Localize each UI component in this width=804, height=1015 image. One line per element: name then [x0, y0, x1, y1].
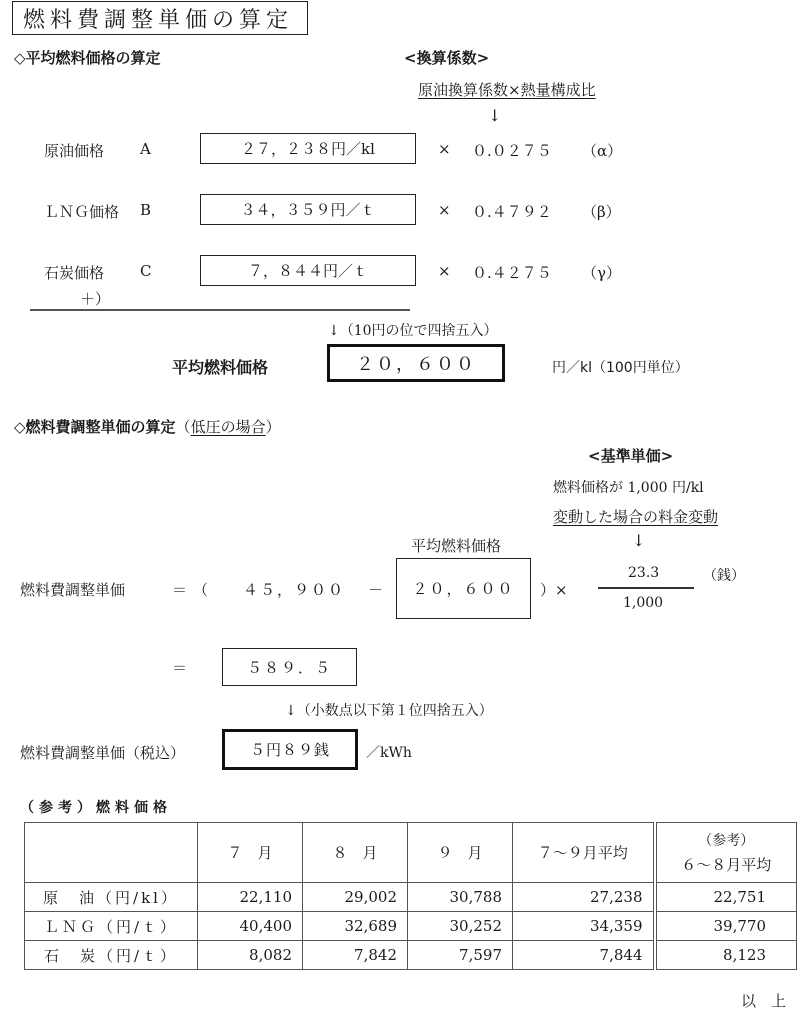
- final-value-box: ５円８９銭: [222, 729, 358, 770]
- coal-price-box: ７，８４４円／ｔ: [200, 255, 416, 286]
- sum-line: [30, 309, 410, 311]
- coef-header: <換算係数>: [404, 47, 489, 68]
- coal-label: 石炭価格: [44, 262, 104, 283]
- coal-price-value: ７，８４４円／ｔ: [248, 260, 368, 281]
- beta-symbol: （β）: [582, 201, 621, 222]
- fraction-numerator: 23.3: [628, 565, 659, 581]
- final-unit: ／kWh: [366, 742, 412, 762]
- adjustment-unit-label: 燃料費調整単価: [20, 579, 125, 600]
- lng-letter: B: [140, 201, 151, 219]
- avg-price-value: ２０，６００: [412, 578, 514, 599]
- coal-letter: C: [140, 262, 151, 280]
- rounding-note: ↓（10円の位で四捨五入）: [328, 320, 498, 340]
- section2-note-open: （: [176, 418, 191, 436]
- cell: 8,123: [655, 941, 797, 970]
- final-unit-label: 燃料費調整単価（税込）: [20, 742, 185, 763]
- fraction-denominator: 1,000: [623, 595, 663, 611]
- cell: 7,842: [303, 941, 408, 970]
- rounding-note-2: ↓（小数点以下第１位四捨五入）: [285, 700, 493, 720]
- cell: 30,788: [408, 883, 513, 912]
- crude-price-box: ２７，２３８円／kl: [200, 133, 416, 164]
- times-sign: ×: [438, 262, 451, 280]
- cell: 30,252: [408, 912, 513, 941]
- equals-open-paren: ＝（: [172, 579, 214, 600]
- plus-sign: ＋）: [80, 288, 110, 309]
- cell: 34,359: [513, 912, 655, 941]
- close-paren-times: ）×: [540, 579, 568, 600]
- section2-heading: ◇燃料費調整単価の算定（低圧の場合）: [14, 416, 281, 437]
- section2-note: 低圧の場合: [191, 418, 266, 436]
- row-label: 原 油（円/kl）: [25, 883, 198, 912]
- reference-table: ７ 月 ８ 月 ９ 月 ７～９月平均 （参考） ６～８月平均 原 油（円/kl）…: [24, 822, 797, 970]
- header-august: ８ 月: [303, 823, 408, 883]
- page-title-text: 燃料費調整単価の算定: [23, 3, 293, 34]
- lng-price-value: ３４，３５９円／ｔ: [240, 199, 375, 220]
- lng-coef: ０.４７９２: [472, 201, 552, 222]
- cell: 40,400: [198, 912, 303, 941]
- cell: 7,844: [513, 941, 655, 970]
- lng-price-box: ３４，３５９円／ｔ: [200, 194, 416, 225]
- row-label: 石 炭（円/ｔ）: [25, 941, 198, 970]
- base-line2: 変動した場合の料金変動: [553, 506, 718, 527]
- gamma-symbol: （γ）: [582, 262, 621, 283]
- down-arrow-icon: ↓: [488, 106, 501, 125]
- down-arrow-icon: ↓: [632, 531, 645, 550]
- table-header-row: ７ 月 ８ 月 ９ 月 ７～９月平均 （参考） ６～８月平均: [25, 823, 797, 883]
- closing-text: 以 上: [741, 990, 786, 1011]
- base-price-value: ４５，９００: [243, 579, 345, 600]
- cell: 22,110: [198, 883, 303, 912]
- header-ref-line1: （参考）: [667, 829, 787, 853]
- table-row: 原 油（円/kl） 22,110 29,002 30,788 27,238 22…: [25, 883, 797, 912]
- cell: 22,751: [655, 883, 797, 912]
- coal-coef: ０.４２７５: [472, 262, 552, 283]
- header-jul-sep-avg: ７～９月平均: [513, 823, 655, 883]
- cell: 32,689: [303, 912, 408, 941]
- cell: 7,597: [408, 941, 513, 970]
- cell: 8,082: [198, 941, 303, 970]
- fraction-line: [598, 587, 694, 589]
- table-row: 石 炭（円/ｔ） 8,082 7,842 7,597 7,844 8,123: [25, 941, 797, 970]
- base-unit-header: <基準単価>: [588, 445, 673, 466]
- lng-label: ＬＮＧ価格: [44, 201, 119, 222]
- header-jun-aug-avg: （参考） ６～８月平均: [655, 823, 797, 883]
- crude-coef: ０.０２７５: [472, 140, 552, 161]
- header-blank: [25, 823, 198, 883]
- cell: 29,002: [303, 883, 408, 912]
- avg-price-box: ２０，６００: [396, 558, 531, 619]
- avg-fuel-price-unit: 円／kl（100円単位）: [552, 357, 689, 377]
- crude-letter: A: [140, 140, 151, 158]
- section2-heading-text: ◇燃料費調整単価の算定: [14, 418, 176, 436]
- avg-fuel-price-value: ２０，６００: [356, 350, 476, 376]
- cell: 39,770: [655, 912, 797, 941]
- alpha-symbol: （α）: [582, 140, 622, 161]
- header-september: ９ 月: [408, 823, 513, 883]
- avg-price-caption: 平均燃料価格: [411, 535, 501, 556]
- result-box: ５８９．５: [222, 648, 357, 686]
- crude-label: 原油価格: [44, 140, 104, 161]
- sen-unit: （銭）: [703, 565, 745, 585]
- equals-sign: ＝: [172, 657, 187, 678]
- times-sign: ×: [438, 140, 451, 158]
- header-july: ７ 月: [198, 823, 303, 883]
- section2-note-close: ）: [266, 418, 281, 436]
- row-label: ＬＮＧ（円/ｔ）: [25, 912, 198, 941]
- minus-sign: －: [368, 579, 383, 600]
- base-line1: 燃料価格が 1,000 円/kl: [553, 477, 704, 497]
- cell: 27,238: [513, 883, 655, 912]
- times-sign: ×: [438, 201, 451, 219]
- coef-formula: 原油換算係数×熱量構成比: [418, 79, 596, 100]
- avg-fuel-price-box: ２０，６００: [327, 344, 505, 382]
- reference-heading: （参考）燃料価格: [20, 797, 172, 817]
- final-value: ５円８９銭: [250, 739, 330, 760]
- avg-fuel-price-label: 平均燃料価格: [172, 355, 268, 378]
- result-value: ５８９．５: [247, 657, 332, 678]
- page-title: 燃料費調整単価の算定: [12, 1, 308, 35]
- header-ref-line2: ６～８月平均: [667, 853, 787, 877]
- table-row: ＬＮＧ（円/ｔ） 40,400 32,689 30,252 34,359 39,…: [25, 912, 797, 941]
- crude-price-value: ２７，２３８円／kl: [241, 138, 375, 159]
- section1-heading: ◇平均燃料価格の算定: [14, 47, 161, 68]
